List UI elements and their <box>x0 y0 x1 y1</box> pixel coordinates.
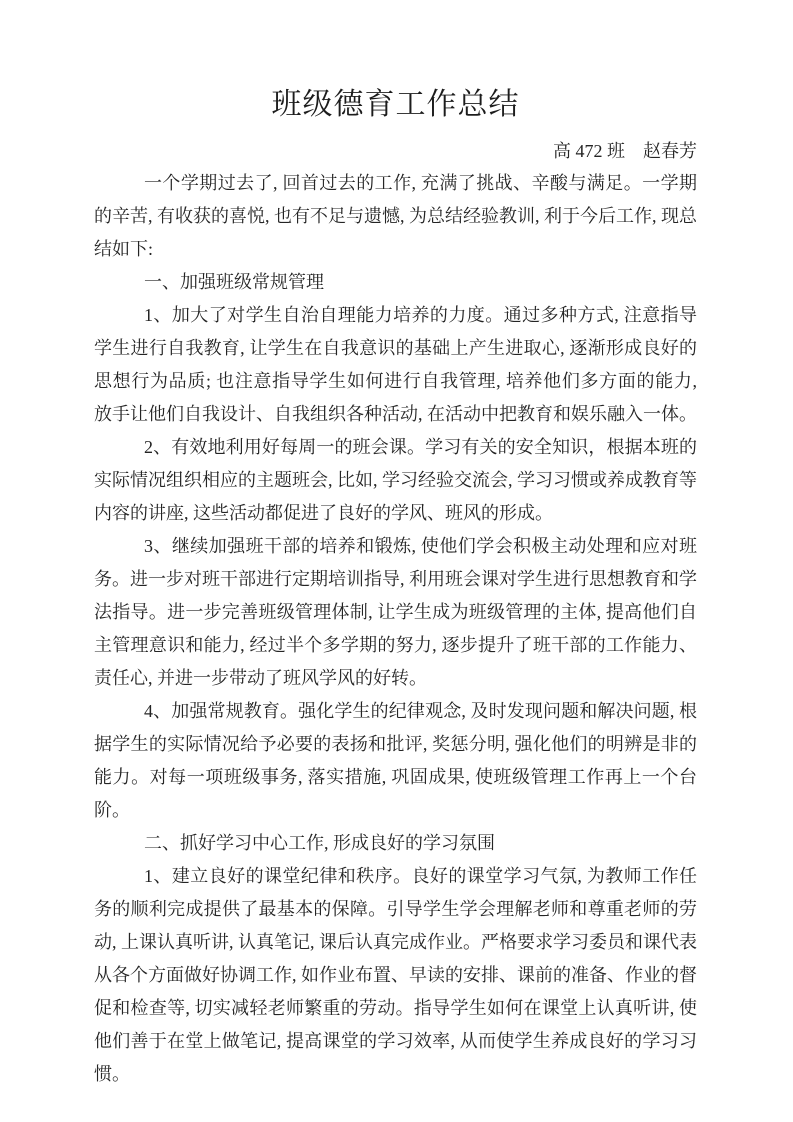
paragraph-s2-item1: 1、建立良好的课堂纪律和秩序。良好的课堂学习气氛, 为教师工作任务的顺利完成提供… <box>94 860 697 1091</box>
paragraph-intro: 一个学期过去了, 回首过去的工作, 充满了挑战、辛酸与满足。一学期的辛苦, 有收… <box>94 167 697 266</box>
paragraph-s1-item4: 4、加强常规教育。强化学生的纪律观念, 及时发现问题和解决问题, 根据学生的实际… <box>94 695 697 827</box>
section-heading-2: 二、抓好学习中心工作, 形成良好的学习氛围 <box>94 827 697 860</box>
paragraph-s1-item3: 3、继续加强班干部的培养和锻炼, 使他们学会积极主动处理和应对班务。进一步对班干… <box>94 530 697 695</box>
byline: 高 472 班 赵春芳 <box>94 139 697 163</box>
document-page: 班级德育工作总结 高 472 班 赵春芳 一个学期过去了, 回首过去的工作, 充… <box>0 0 793 1122</box>
document-body: 一个学期过去了, 回首过去的工作, 充满了挑战、辛酸与满足。一学期的辛苦, 有收… <box>94 167 697 1091</box>
section-heading-1: 一、加强班级常规管理 <box>94 266 697 299</box>
document-title: 班级德育工作总结 <box>94 87 697 123</box>
paragraph-s1-item2: 2、有效地利用好每周一的班会课。学习有关的安全知识，根据本班的实际情况组织相应的… <box>94 431 697 530</box>
paragraph-s1-item1: 1、加大了对学生自治自理能力培养的力度。通过多种方式, 注意指导学生进行自我教育… <box>94 299 697 431</box>
